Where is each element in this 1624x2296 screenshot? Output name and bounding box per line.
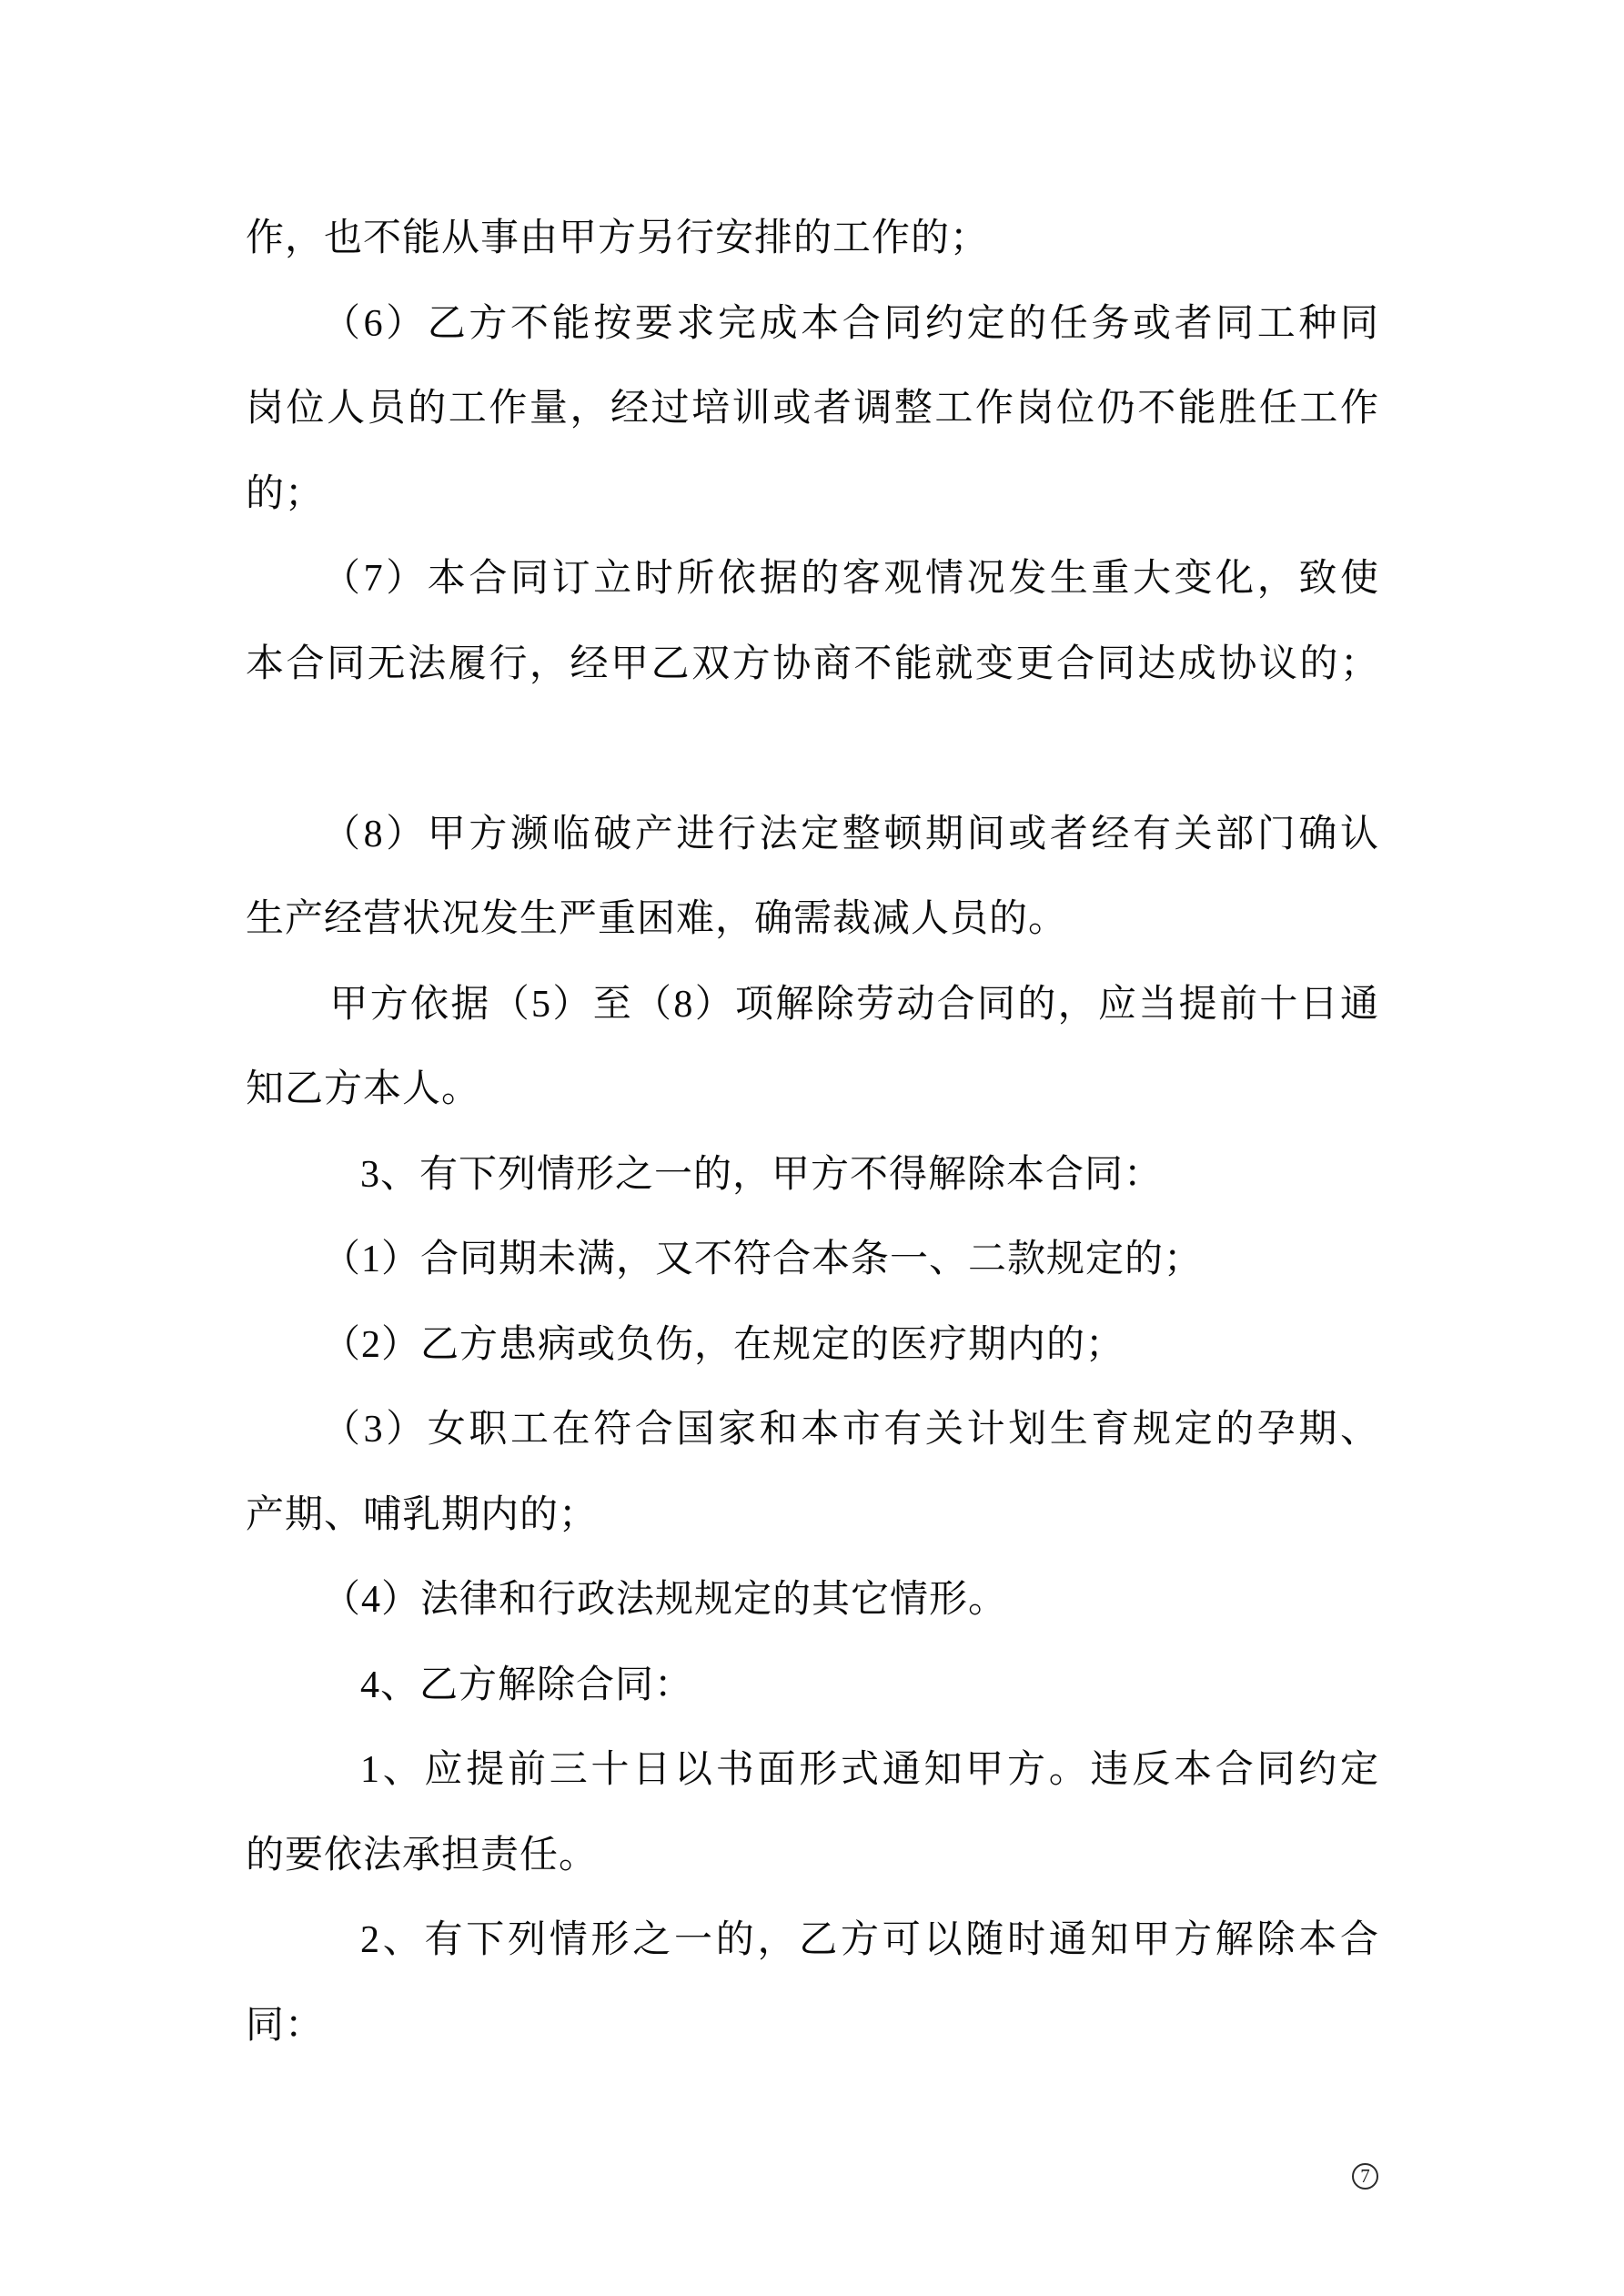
text-line: 1、应提前三十日以书面形式通知甲方。违反本合同约定: [246, 1728, 1379, 1814]
text-line: 岗位人员的工作量，经过培训或者调整工作岗位仍不能胜任工作: [246, 367, 1379, 452]
text-line: 的；: [246, 452, 1379, 538]
text-line: 甲方依据（5）至（8）项解除劳动合同的，应当提前十日通: [246, 963, 1379, 1048]
text-line: （6）乙方不能按要求完成本合同约定的任务或者同工种同: [246, 282, 1379, 368]
text-line: 产期、哺乳期内的；: [246, 1473, 1379, 1559]
text-line: 4、乙方解除合同：: [246, 1644, 1379, 1729]
text-line: 2、有下列情形之一的，乙方可以随时通知甲方解除本合: [246, 1898, 1379, 1984]
text-line: （4）法律和行政法规规定的其它情形。: [246, 1558, 1379, 1644]
blank-line: [246, 707, 1379, 793]
text-line: 生产经营状况发生严重困难，确需裁减人员的。: [246, 877, 1379, 963]
text-line: （3）女职工在符合国家和本市有关计划生育规定的孕期、: [246, 1388, 1379, 1473]
page-number: 7: [1360, 2167, 1370, 2186]
text-line: （8）甲方濒临破产进行法定整顿期间或者经有关部门确认: [246, 793, 1379, 878]
text-line: （7）本合同订立时所依据的客观情况发生重大变化，致使: [246, 537, 1379, 622]
text-line: （1）合同期未满，又不符合本条一、二款规定的；: [246, 1218, 1379, 1303]
text-line: （2）乙方患病或负伤，在规定的医疗期内的；: [246, 1303, 1379, 1389]
text-line: 本合同无法履行，经甲乙双方协商不能就变更合同达成协议的；: [246, 622, 1379, 708]
text-line: 3、有下列情形之一的，甲方不得解除本合同：: [246, 1133, 1379, 1219]
document-page: 作，也不能从事由甲方另行安排的工作的； （6）乙方不能按要求完成本合同约定的任务…: [0, 0, 1624, 2296]
text-line: 知乙方本人。: [246, 1047, 1379, 1133]
text-line: 同：: [246, 1984, 1379, 2069]
text-line: 的要依法承担责任。: [246, 1814, 1379, 1899]
page-number-badge: 7: [1352, 2163, 1378, 2190]
text-line: 作，也不能从事由甲方另行安排的工作的；: [246, 197, 1379, 282]
contract-text-block: 作，也不能从事由甲方另行安排的工作的； （6）乙方不能按要求完成本合同约定的任务…: [246, 197, 1379, 2068]
